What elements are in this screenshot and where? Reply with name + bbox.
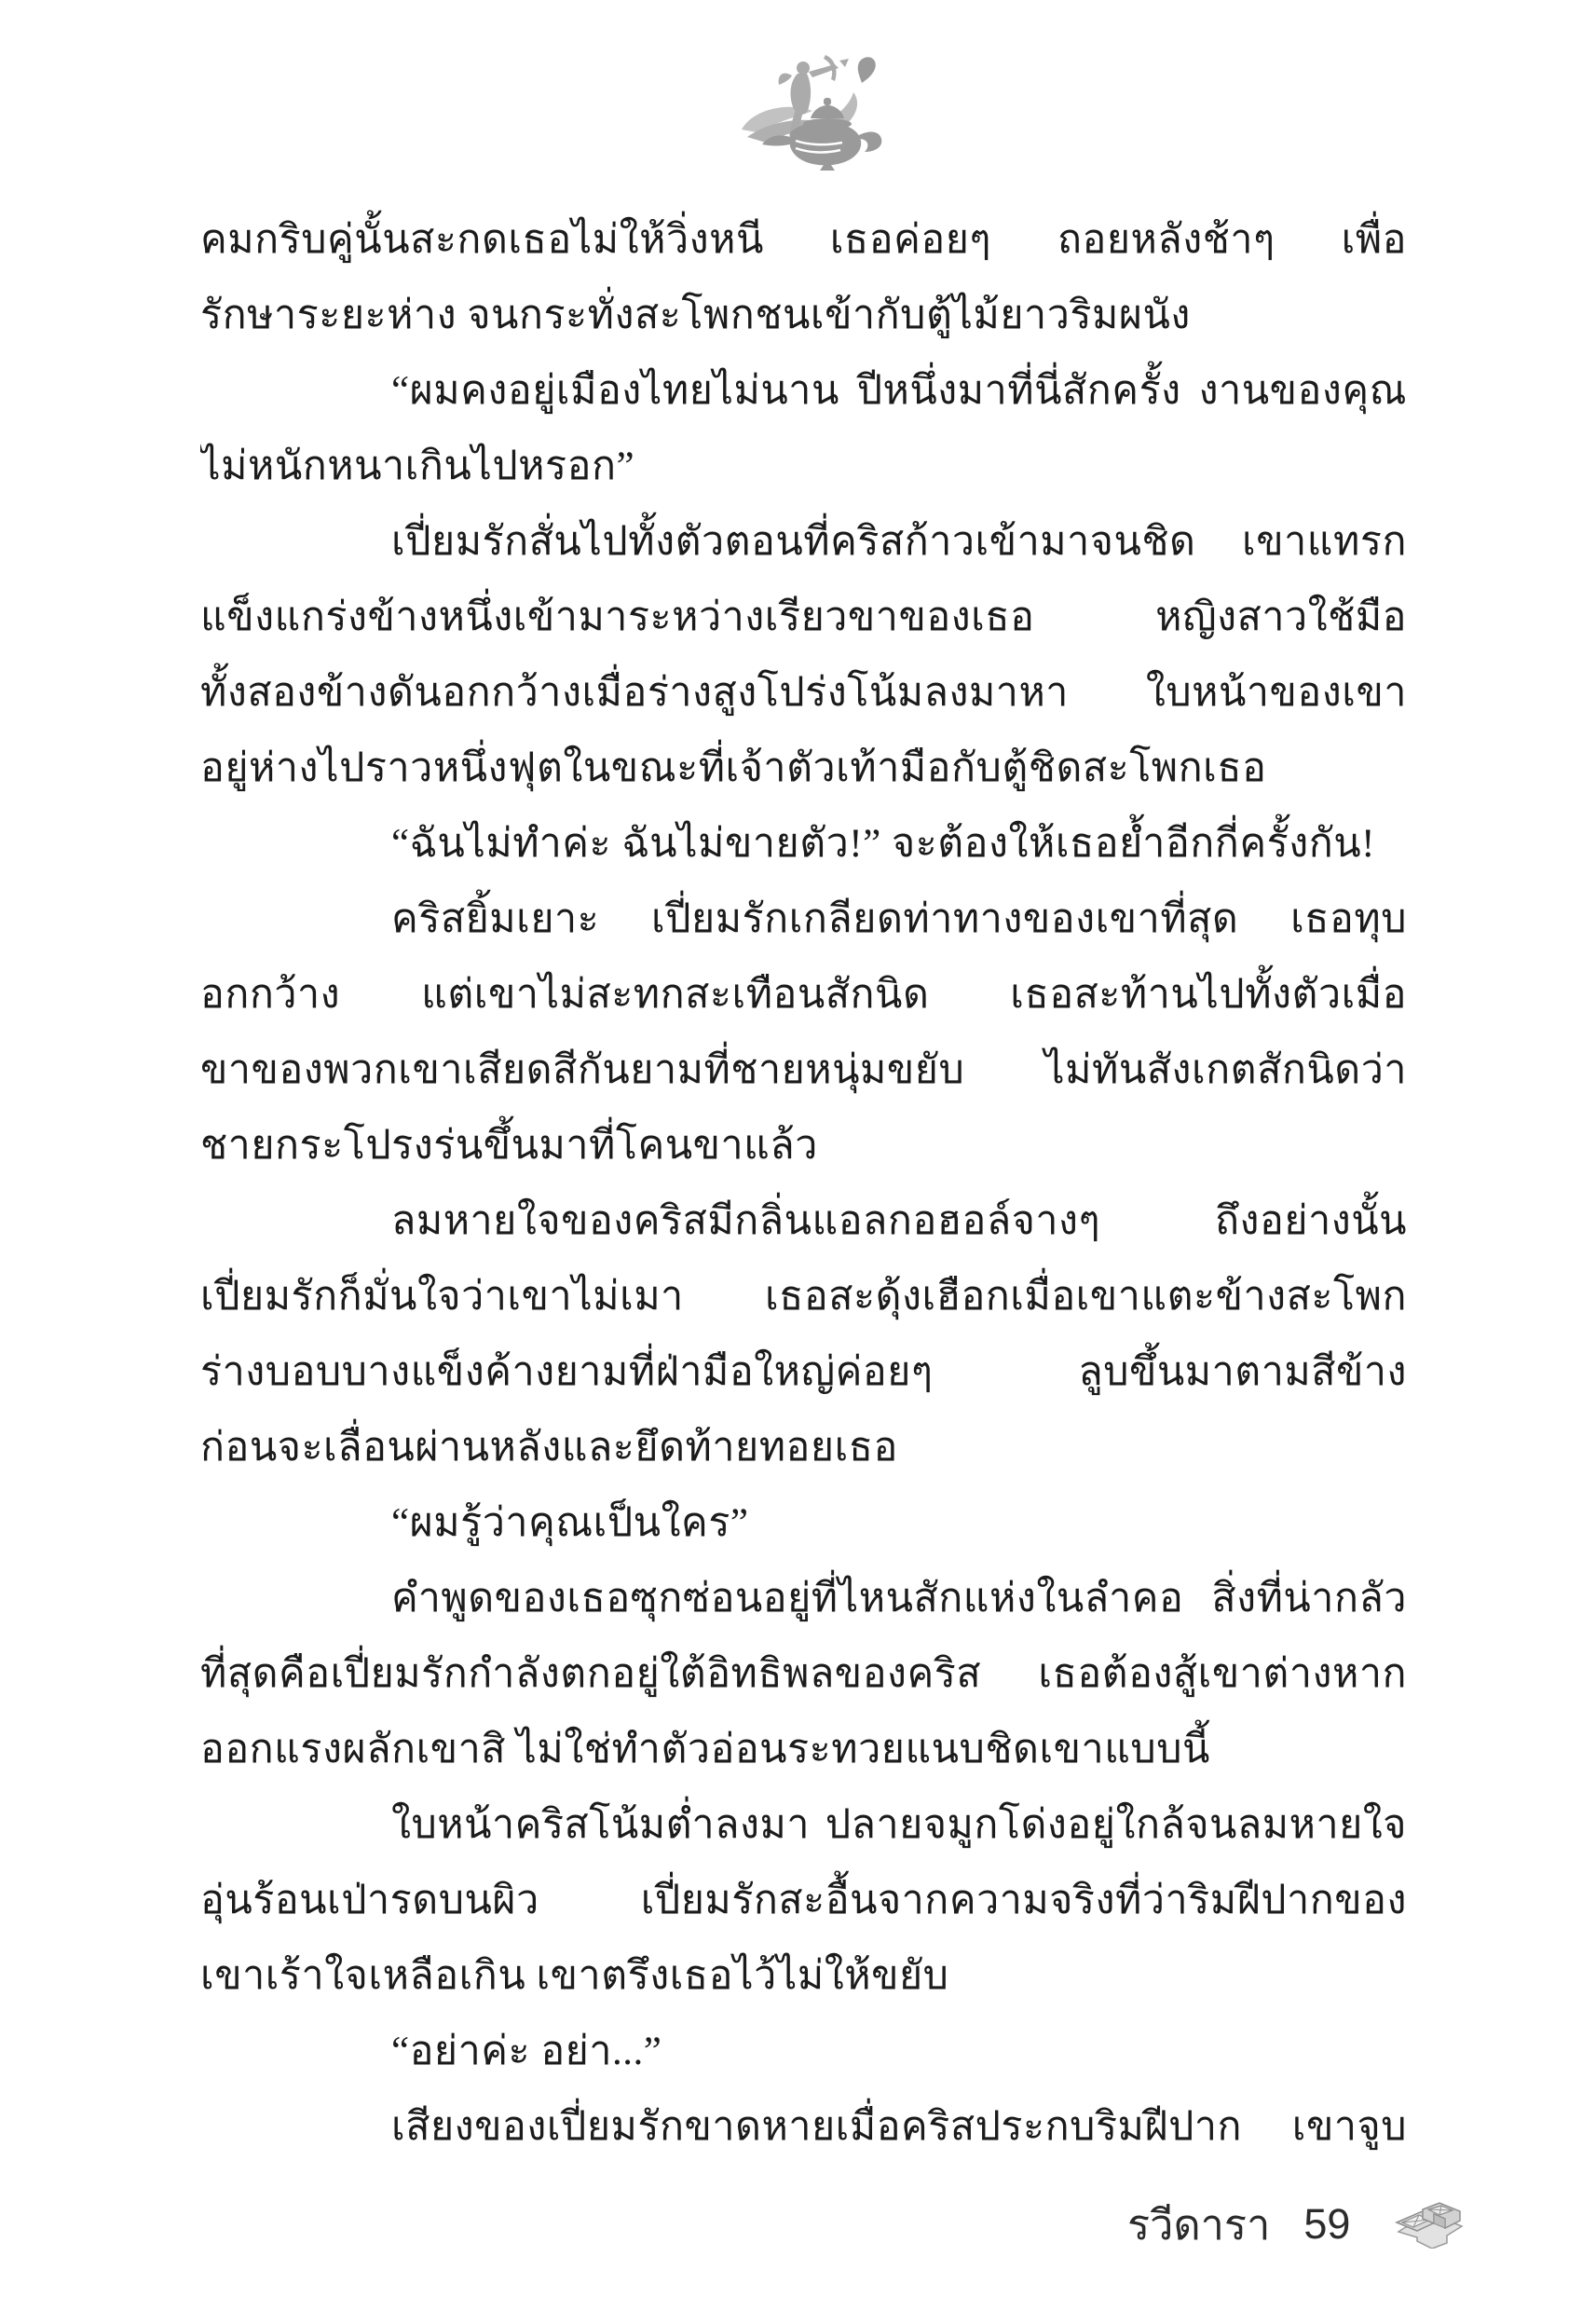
text-line: ทั้งสองข้างดันอกกว้างเมื่อร่างสูงโปร่งโน… (200, 655, 1407, 731)
body-text: คมกริบคู่นั้นสะกดเธอไม่ให้วิ่งหนี เธอค่อ… (200, 202, 1407, 2165)
text-line: รักษาระยะห่าง จนกระทั่งสะโพกชนเข้ากับตู้… (200, 278, 1407, 353)
text-line: อกกว้าง แต่เขาไม่สะทกสะเทือนสักนิด เธอสะ… (200, 957, 1407, 1032)
text-line: ใบหน้าคริสโน้มต่ำลงมา ปลายจมูกโด่งอยู่ใก… (200, 1787, 1407, 1863)
text-line: คมกริบคู่นั้นสะกดเธอไม่ให้วิ่งหนี เธอค่อ… (200, 202, 1407, 278)
text-line: ขาของพวกเขาเสียดสีกันยามที่ชายหนุ่มขยับ … (200, 1032, 1407, 1108)
text-line: “ฉันไม่ทำค่ะ ฉันไม่ขายตัว!” จะต้องให้เธอ… (200, 806, 1407, 882)
cupid-genie-lamp-ornament (734, 43, 893, 175)
text-line: เปี่ยมรักสั่นไปทั้งตัวตอนที่คริสก้าวเข้า… (200, 504, 1407, 580)
text-line: เขาเร้าใจเหลือเกิน เขาตรึงเธอไว้ไม่ให้ขย… (200, 1938, 1407, 2014)
book-title: รวีดารา (1127, 2191, 1270, 2258)
text-line: คริสยิ้มเยาะ เปี่ยมรักเกลียดท่าทางของเขา… (200, 882, 1407, 957)
page-number: 59 (1303, 2200, 1350, 2249)
text-line: อยู่ห่างไปราวหนึ่งฟุตในขณะที่เจ้าตัวเท้า… (200, 731, 1407, 806)
page-footer: รวีดารา 59 (1127, 2192, 1464, 2257)
text-line: ออกแรงผลักเขาสิ ไม่ใช่ทำตัวอ่อนระทวยแนบช… (200, 1712, 1407, 1787)
text-line: ลมหายใจของคริสมีกลิ่นแอลกอฮอล์จางๆ ถึงอย… (200, 1183, 1407, 1259)
text-line: ร่างบอบบางแข็งค้างยามที่ฝ่ามือใหญ่ค่อยๆ … (200, 1334, 1407, 1410)
text-line: “ผมรู้ว่าคุณเป็นใคร” (200, 1485, 1407, 1561)
text-line: ชายกระโปรงร่นขึ้นมาที่โคนขาแล้ว (200, 1108, 1407, 1183)
text-line: ที่สุดคือเปี่ยมรักกำลังตกอยู่ใต้อิทธิพลข… (200, 1636, 1407, 1712)
text-line: “ผมคงอยู่เมืองไทยไม่นาน ปีหนึ่งมาที่นี่ส… (200, 353, 1407, 429)
folded-paper-book-icon (1391, 2200, 1464, 2249)
text-line: ไม่หนักหนาเกินไปหรอก” (200, 429, 1407, 504)
text-line: เปี่ยมรักก็มั่นใจว่าเขาไม่เมา เธอสะดุ้งเ… (200, 1259, 1407, 1334)
book-page: คมกริบคู่นั้นสะกดเธอไม่ให้วิ่งหนี เธอค่อ… (0, 0, 1596, 2311)
text-line: อุ่นร้อนเป่ารดบนผิว เปี่ยมรักสะอื้นจากคว… (200, 1863, 1407, 1938)
text-line: เสียงของเปี่ยมรักขาดหายเมื่อคริสประกบริม… (200, 2089, 1407, 2165)
text-line: “อย่าค่ะ อย่า...” (200, 2014, 1407, 2089)
text-line: คำพูดของเธอซุกซ่อนอยู่ที่ไหนสักแห่งในลำค… (200, 1561, 1407, 1636)
heart-icon (858, 57, 876, 83)
text-line: ก่อนจะเลื่อนผ่านหลังและยึดท้ายทอยเธอ (200, 1410, 1407, 1485)
text-line: แข็งแกร่งข้างหนึ่งเข้ามาระหว่างเรียวขาขอ… (200, 580, 1407, 655)
